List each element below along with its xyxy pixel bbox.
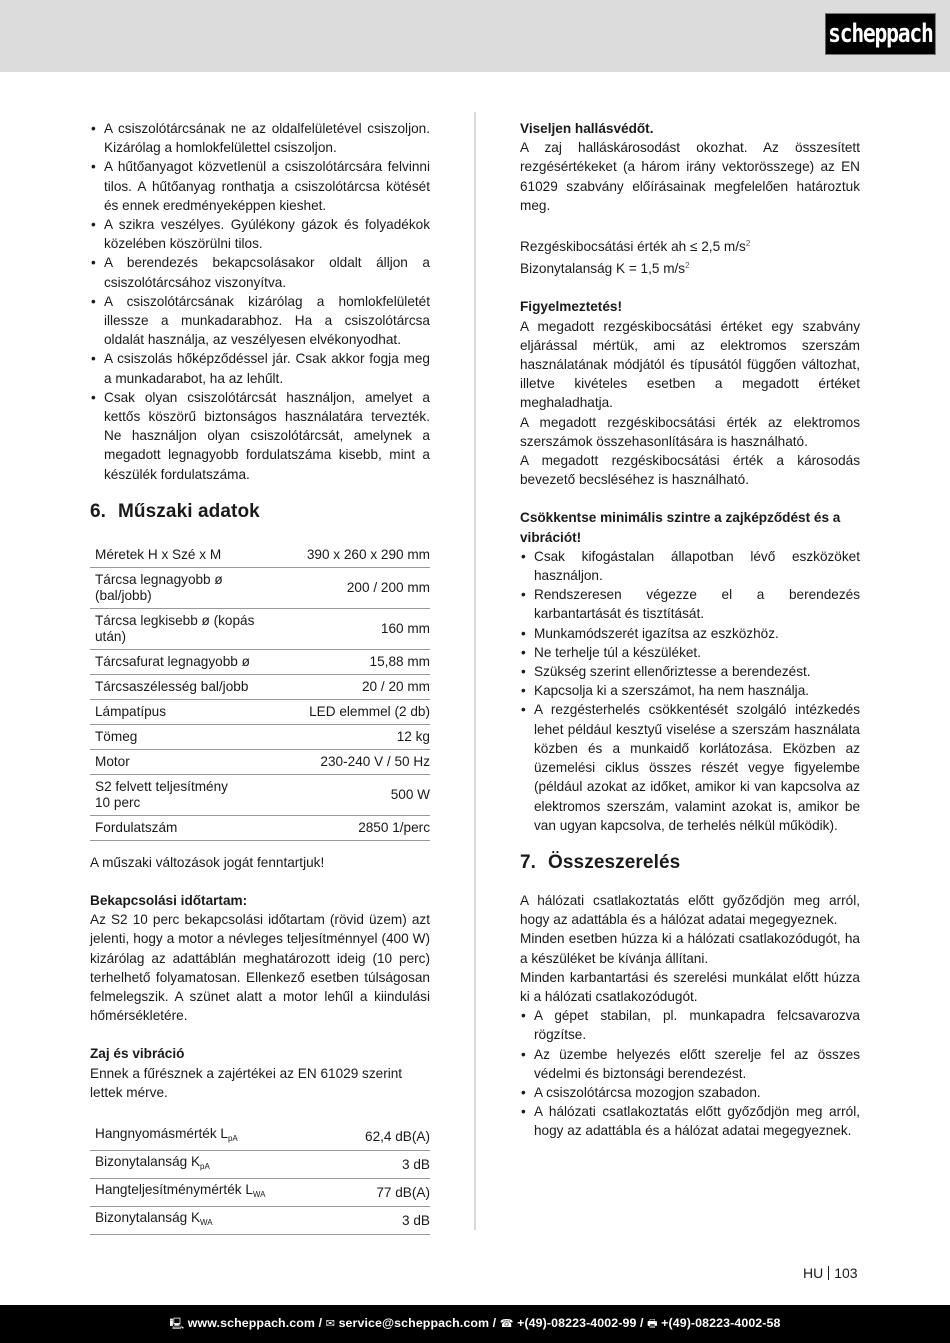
assembly-bullet-list: A gépet stabilan, pl. munkapadra felcsav…: [520, 1006, 860, 1140]
page-number-value: 103: [834, 1265, 857, 1281]
list-item: A csiszolótárcsa mozogjon szabadon.: [520, 1083, 860, 1102]
spec-value: 200 / 200 mm: [302, 567, 430, 608]
table-row: Motor230-240 V / 50 Hz: [90, 749, 430, 774]
table-row: LámpatípusLED elemmel (2 db): [90, 699, 430, 724]
table-row: Tárcsa legnagyobb ø (bal/jobb)200 / 200 …: [90, 567, 430, 608]
spec-label: Tárcsa legkisebb ø (kopás után): [90, 608, 302, 649]
telephone-icon: ☎︎: [500, 1318, 514, 1330]
language-code: HU: [803, 1265, 823, 1281]
spec-value: 160 mm: [302, 608, 430, 649]
right-column: Viseljen hallásvédőt. A zaj halláskároso…: [520, 119, 860, 1141]
table-row: Tárcsafurat legnagyobb ø15,88 mm: [90, 649, 430, 674]
page-separator: [828, 1266, 829, 1280]
list-item: Csak olyan csiszolótárcsát használjon, a…: [90, 388, 430, 484]
table-row: Bizonytalanság KWA3 dB: [90, 1207, 430, 1235]
assembly-paragraph: A hálózati csatlakoztatás előtt győződjö…: [520, 891, 860, 929]
list-item: A berendezés bekapcsolásakor oldalt állj…: [90, 253, 430, 291]
computer-icon: 🖳︎: [169, 1318, 184, 1330]
list-item: Csak kifogástalan állapotban lévő eszköz…: [520, 547, 860, 585]
list-item: A csiszolótárcsának kizárólag a homlokfe…: [90, 292, 430, 350]
spec-label: Motor: [90, 749, 302, 774]
scheppach-logo: scheppach: [825, 13, 936, 55]
footer-separator: /: [489, 1316, 500, 1330]
warning-paragraph: A megadott rezgéskibocsátási értéket egy…: [520, 317, 860, 413]
warning-heading: Figyelmeztetés!: [520, 297, 860, 316]
noise-value: 3 dB: [333, 1207, 430, 1235]
list-item: Az üzembe helyezés előtt szerelje fel az…: [520, 1045, 860, 1083]
table-row: Tömeg12 kg: [90, 724, 430, 749]
list-item: A rezgésterhelés csökkentését szolgáló i…: [520, 700, 860, 834]
table-row: Hangnyomásmérték LpA62,4 dB(A): [90, 1123, 430, 1151]
noise-text: Ennek a fűrésznek a zajértékei az EN 610…: [90, 1064, 430, 1102]
list-item: Rendszeresen végezze el a berendezés kar…: [520, 585, 860, 623]
warning-paragraph: A megadott rezgéskibocsátási érték az el…: [520, 413, 860, 451]
spec-value: 15,88 mm: [302, 649, 430, 674]
header-bar: scheppach: [0, 0, 950, 72]
noise-value: 3 dB: [333, 1151, 430, 1179]
duty-text: Az S2 10 perc bekapcsolási időtartam (rö…: [90, 910, 430, 1025]
phone-number[interactable]: +(49)-08223-4002-99: [517, 1316, 636, 1330]
reduce-bullet-list: Csak kifogástalan állapotban lévő eszköz…: [520, 547, 860, 835]
spec-label: Tárcsa legnagyobb ø (bal/jobb): [90, 567, 302, 608]
table-row: Hangteljesítménymérték LWA77 dB(A): [90, 1179, 430, 1207]
spec-label: Lámpatípus: [90, 699, 302, 724]
section-number: 7.: [520, 851, 548, 875]
section-number: 6.: [90, 500, 118, 524]
warning-paragraph: A megadott rezgéskibocsátási érték a kár…: [520, 451, 860, 489]
duty-heading: Bekapcsolási időtartam:: [90, 891, 430, 910]
table-row: Tárcsaszélesség bal/jobb20 / 20 mm: [90, 674, 430, 699]
section-title: Összeszerelés: [548, 852, 680, 873]
left-column: A csiszolótárcsának ne az oldalfelületév…: [90, 119, 430, 1235]
noise-table: Hangnyomásmérték LpA62,4 dB(A) Bizonytal…: [90, 1123, 430, 1235]
list-item: A csiszolás hőképződéssel jár. Csak akko…: [90, 349, 430, 387]
noise-value: 62,4 dB(A): [333, 1123, 430, 1151]
technical-data-table: Méretek H x Szé x M390 x 260 x 290 mm Tá…: [90, 543, 430, 841]
spec-label: Tárcsafurat legnagyobb ø: [90, 649, 302, 674]
section-6-heading: 6.Műszaki adatok: [90, 500, 430, 524]
noise-label: Bizonytalanság KpA: [90, 1151, 333, 1179]
table-row: Méretek H x Szé x M390 x 260 x 290 mm: [90, 543, 430, 568]
spec-label: S2 felvett teljesítmény 10 perc: [90, 774, 302, 815]
table-row: S2 felvett teljesítmény 10 perc500 W: [90, 774, 430, 815]
spec-value: 500 W: [302, 774, 430, 815]
envelope-icon: ✉︎: [326, 1318, 335, 1330]
list-item: Szükség szerint ellenőriztesse a berende…: [520, 662, 860, 681]
list-item: A csiszolótárcsának ne az oldalfelületév…: [90, 119, 430, 157]
vibration-value: Rezgéskibocsátási érték ah ≤ 2,5 m/s2: [520, 234, 860, 256]
spec-label: Tárcsaszélesség bal/jobb: [90, 674, 302, 699]
reserve-note: A műszaki változások jogát fenntartjuk!: [90, 853, 430, 872]
spec-value: LED elemmel (2 db): [302, 699, 430, 724]
spec-value: 12 kg: [302, 724, 430, 749]
noise-label: Bizonytalanság KWA: [90, 1207, 333, 1235]
spec-label: Méretek H x Szé x M: [90, 543, 302, 568]
noise-label: Hangnyomásmérték LpA: [90, 1123, 333, 1151]
fax-icon: 🖶︎: [647, 1318, 657, 1330]
spec-value: 230-240 V / 50 Hz: [302, 749, 430, 774]
page-number: HU103: [803, 1265, 858, 1281]
list-item: Kapcsolja ki a szerszámot, ha nem haszná…: [520, 681, 860, 700]
hearing-text: A zaj halláskárosodást okozhat. Az össze…: [520, 138, 860, 215]
spec-value: 390 x 260 x 290 mm: [302, 543, 430, 568]
list-item: Ne terhelje túl a készüléket.: [520, 643, 860, 662]
noise-value: 77 dB(A): [333, 1179, 430, 1207]
section-7-heading: 7.Összeszerelés: [520, 851, 860, 875]
spec-value: 20 / 20 mm: [302, 674, 430, 699]
assembly-paragraph: Minden karbantartási és szerelési munkál…: [520, 968, 860, 1006]
noise-label: Hangteljesítménymérték LWA: [90, 1179, 333, 1207]
table-row: Fordulatszám2850 1/perc: [90, 815, 430, 840]
email-link[interactable]: service@scheppach.com: [339, 1316, 490, 1330]
list-item: A hűtőanyagot közvetlenül a csiszolótárc…: [90, 157, 430, 215]
footer-bar: 🖳︎ www.scheppach.com / ✉︎ service@schepp…: [0, 1305, 950, 1343]
column-divider: [474, 112, 476, 1230]
list-item: A szikra veszélyes. Gyúlékony gázok és f…: [90, 215, 430, 253]
list-item: A hálózati csatlakoztatás előtt győződjö…: [520, 1102, 860, 1140]
noise-heading: Zaj és vibráció: [90, 1044, 430, 1063]
vibration-uncertainty: Bizonytalanság K = 1,5 m/s2: [520, 256, 860, 278]
list-item: A gépet stabilan, pl. munkapadra felcsav…: [520, 1006, 860, 1044]
reduce-heading: Csökkentse minimális szintre a zajképződ…: [520, 508, 860, 546]
section-title: Műszaki adatok: [118, 501, 260, 522]
spec-value: 2850 1/perc: [302, 815, 430, 840]
spec-label: Fordulatszám: [90, 815, 302, 840]
hearing-heading: Viseljen hallásvédőt.: [520, 119, 860, 138]
spec-label: Tömeg: [90, 724, 302, 749]
safety-bullet-list: A csiszolótárcsának ne az oldalfelületév…: [90, 119, 430, 484]
fax-number: +(49)-08223-4002-58: [661, 1316, 780, 1330]
table-row: Tárcsa legkisebb ø (kopás után)160 mm: [90, 608, 430, 649]
footer-separator: /: [636, 1316, 647, 1330]
footer-separator: /: [315, 1316, 326, 1330]
list-item: Munkamódszerét igazítsa az eszközhöz.: [520, 624, 860, 643]
website-link[interactable]: www.scheppach.com: [188, 1316, 315, 1330]
assembly-paragraph: Minden esetben húzza ki a hálózati csatl…: [520, 929, 860, 967]
table-row: Bizonytalanság KpA3 dB: [90, 1151, 430, 1179]
